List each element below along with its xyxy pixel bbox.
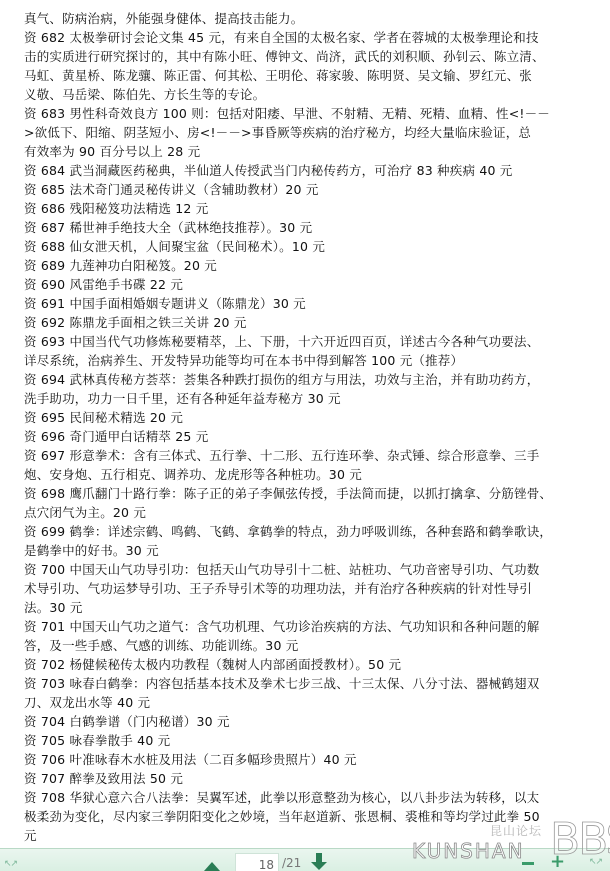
text-line: 资 708 华狱心意六合八法拳：吴翼军述，此拳以形意整劲为核心，以八卦步法为转移… bbox=[24, 788, 544, 807]
text-line: 答，及一些手感、气感的训练、功能训练。30 元 bbox=[24, 636, 544, 655]
text-line: 资 684 武当洞藏医药秘典，半仙道人传授武当门内秘传药方，可治疗 83 种疾病… bbox=[24, 161, 544, 180]
text-line: 资 692 陈鼎龙手面相之铁三关讲 20 元 bbox=[24, 313, 544, 332]
text-line: 资 683 男性科奇效良方 100 则：包括对阳痿、早泄、不射精、无精、死精、血… bbox=[24, 104, 544, 123]
text-line: 资 704 白鹤拳谱（门内秘谱）30 元 bbox=[24, 712, 544, 731]
text-line: 资 688 仙女泄天机，人间聚宝盆（民间秘术）。10 元 bbox=[24, 237, 544, 256]
text-line: 详尽系统，治病养生、开发特异功能等均可在本书中得到解答 100 元（推荐） bbox=[24, 351, 544, 370]
text-line: 有效率为 90 百分号以上 28 元 bbox=[24, 142, 544, 161]
down-arrow-icon bbox=[316, 853, 322, 862]
text-line: 资 706 叶准咏春木水桩及用法（二百多幅珍贵照片）40 元 bbox=[24, 750, 544, 769]
next-page-button[interactable] bbox=[313, 853, 325, 871]
text-line: 资 695 民间秘术精选 20 元 bbox=[24, 408, 544, 427]
text-line: 义敬、马岳梁、陈伯先、方长生等的专论。 bbox=[24, 85, 544, 104]
text-line: 资 698 鹰爪翻门十路行拳：陈子正的弟子李佩弦传授，手法简而捷，以抓打擒拿、分… bbox=[24, 484, 544, 503]
text-line: 资 702 杨健候秘传太极内功教程（魏树人内部函面授教材）。50 元 bbox=[24, 655, 544, 674]
text-line: 击的实质进行研究探讨的，其中有陈小旺、傅钟文、尚济，武氏的刘积顺、孙钊云、陈立清… bbox=[24, 47, 544, 66]
zoom-in-button[interactable]: + bbox=[550, 852, 565, 871]
text-line: 资 687 稀世神手绝技大全（武林绝技推荐）。30 元 bbox=[24, 218, 544, 237]
text-line: 资 691 中国手面相婚姻专题讲义（陈鼎龙）30 元 bbox=[24, 294, 544, 313]
document-page: 真气、防病治病，外能强身健体、提高技击能力。资 682 太极拳研讨会论文集 45… bbox=[0, 0, 610, 848]
text-line: 资 707 醉拳及致用法 50 元 bbox=[24, 769, 544, 788]
reader-toolbar: ↖↗ 18 /21 + ↖↗ bbox=[0, 848, 610, 871]
text-line: 资 690 风雷绝手书碟 22 元 bbox=[24, 275, 544, 294]
down-arrow-head bbox=[311, 862, 327, 870]
text-line: 资 699 鹤拳：详述宗鹤、鸣鹤、飞鹤、拿鹤拳的特点，劲力呼吸训练，各种套路和鹤… bbox=[24, 522, 544, 541]
previous-page-button[interactable] bbox=[204, 862, 220, 871]
text-line: 资 697 形意拳术：含有三体式、五行拳、十二形、五行连环拳、杂式锤、综合形意拳… bbox=[24, 446, 544, 465]
text-line: 法。30 元 bbox=[24, 598, 544, 617]
text-line: 极柔劲为变化，尽内家三拳阴阳变化之妙境，当年赵道新、张恩桐、裘椎和等均学过此拳 … bbox=[24, 807, 544, 826]
text-line: 资 703 咏春白鹤拳：内容包括基本技术及拳术七步三战、十三太保、八分寸法、器械… bbox=[24, 674, 544, 693]
text-line: 洗手助功，功力一日千里，还有各种延年益寿秘方 30 元 bbox=[24, 389, 544, 408]
text-line: 资 705 咏春拳散手 40 元 bbox=[24, 731, 544, 750]
collapse-arrows-icon[interactable]: ↖↗ bbox=[4, 857, 17, 871]
text-line: 点穴闭气为主。20 元 bbox=[24, 503, 544, 522]
total-pages-label: /21 bbox=[282, 856, 301, 870]
text-line: 马虹、黄星桥、陈龙骧、陈正雷、何其松、王明伦、蒋家骏、陈明贤、吴文输、罗红元、张 bbox=[24, 66, 544, 85]
text-line: 资 701 中国天山气功之道气：含气功机理、气功诊治疾病的方法、气功知识和各种问… bbox=[24, 617, 544, 636]
text-line: 炮、安身炮、五行相克、调养功、龙虎形等各种桩功。30 元 bbox=[24, 465, 544, 484]
text-line: 是鹤拳中的好书。30 元 bbox=[24, 541, 544, 560]
text-line: 元 bbox=[24, 826, 544, 845]
text-line: 刀、双龙出水等 40 元 bbox=[24, 693, 544, 712]
text-line: 术导引功、气功运梦导引功、王子乔导引术等的功理功法，并有治疗各种疾病的针对性导引 bbox=[24, 579, 544, 598]
expand-arrows-icon[interactable]: ↖↗ bbox=[589, 855, 602, 869]
document-content: 真气、防病治病，外能强身健体、提高技击能力。资 682 太极拳研讨会论文集 45… bbox=[24, 9, 544, 845]
text-line: 资 700 中国天山气功导引功：包括天山气功导引十二桩、站桩功、气功音密导引功、… bbox=[24, 560, 544, 579]
text-line: 真气、防病治病，外能强身健体、提高技击能力。 bbox=[24, 9, 544, 28]
page-number-input[interactable]: 18 bbox=[235, 853, 279, 871]
zoom-out-button[interactable] bbox=[522, 862, 534, 865]
text-line: 资 694 武林真传秘方荟萃：荟集各种跌打损伤的组方与用法，功效与主治，并有助功… bbox=[24, 370, 544, 389]
text-line: 资 693 中国当代气功修炼秘要精萃，上、下册，十六开近四百页，详述古今各种气功… bbox=[24, 332, 544, 351]
text-line: 资 686 残阳秘笈功法精选 12 元 bbox=[24, 199, 544, 218]
text-line: 资 689 九莲神功白阳秘笈。20 元 bbox=[24, 256, 544, 275]
text-line: 资 696 奇门遁甲白话精萃 25 元 bbox=[24, 427, 544, 446]
text-line: >欲低下、阳缩、阴茎短小、房<!－－>事昏厥等疾病的治疗秘方，均经大量临床验证，… bbox=[24, 123, 544, 142]
text-line: 资 682 太极拳研讨会论文集 45 元，有来自全国的太极名家、学者在蓉城的太极… bbox=[24, 28, 544, 47]
text-line: 资 685 法术奇门通灵秘传讲义（含辅助教材）20 元 bbox=[24, 180, 544, 199]
